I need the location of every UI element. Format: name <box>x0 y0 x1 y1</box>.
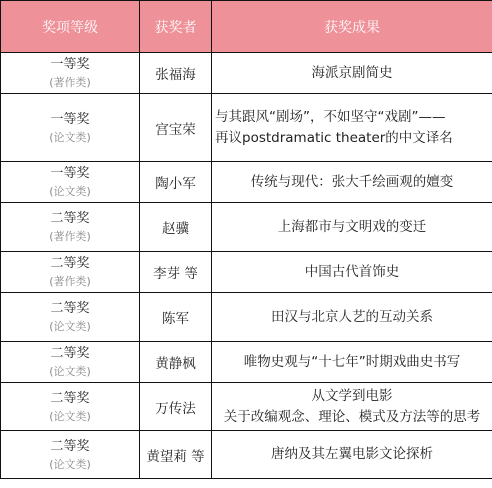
header-row: 奖项等级 获奖者 获奖成果 <box>1 1 492 53</box>
work-cell: 中国古代首饰史 <box>212 252 492 293</box>
winner-cell: 宫宝荣 <box>140 94 212 162</box>
award-level-cell: 一等奖 (著作类) <box>1 53 140 94</box>
winner-cell: 黄望莉 等 <box>140 431 212 479</box>
award-category: (论文类) <box>1 456 139 473</box>
winner-cell: 赵骥 <box>140 203 212 252</box>
award-level: 一等奖 <box>1 55 139 74</box>
award-level-cell: 二等奖 (著作类) <box>1 252 140 293</box>
awards-table: 奖项等级 获奖者 获奖成果 一等奖 (著作类) 张福海 海派京剧简史 一等奖 (… <box>0 0 492 479</box>
work-cell: 田汉与北京人艺的互动关系 <box>212 293 492 342</box>
work-cell: 海派京剧简史 <box>212 53 492 94</box>
column-header-winner: 获奖者 <box>140 1 212 53</box>
column-header-level: 奖项等级 <box>1 1 140 53</box>
table-row: 二等奖 (论文类) 万传法 从文学到电影关于改编观念、理论、模式及方法等的思考 <box>1 383 492 431</box>
winner-cell: 张福海 <box>140 53 212 94</box>
work-cell: 唐纳及其左翼电影文论探析 <box>212 431 492 479</box>
work-line: 与其跟风“剧场”，不如坚守“戏剧”—— <box>215 107 492 128</box>
work-line: 唯物史观与“十七年”时期戏曲史书写 <box>212 352 492 373</box>
award-level: 二等奖 <box>1 209 139 228</box>
award-category: (著作类) <box>1 74 139 91</box>
work-line: 上海都市与文明戏的变迁 <box>212 217 492 238</box>
table-row: 一等奖 (论文类) 宫宝荣 与其跟风“剧场”，不如坚守“戏剧”——再议postd… <box>1 94 492 162</box>
table-row: 一等奖 (著作类) 张福海 海派京剧简史 <box>1 53 492 94</box>
table-row: 二等奖 (著作类) 李芽 等 中国古代首饰史 <box>1 252 492 293</box>
award-category: (论文类) <box>1 318 139 335</box>
winner-cell: 黄静枫 <box>140 342 212 383</box>
award-category: (著作类) <box>1 228 139 245</box>
award-category: (论文类) <box>1 129 139 146</box>
work-cell: 传统与现代：张大千绘画观的嬗变 <box>212 162 492 203</box>
table-row: 二等奖 (论文类) 黄静枫 唯物史观与“十七年”时期戏曲史书写 <box>1 342 492 383</box>
work-line: 再议postdramatic theater的中文译名 <box>215 128 492 149</box>
award-level: 二等奖 <box>1 344 139 363</box>
work-cell: 唯物史观与“十七年”时期戏曲史书写 <box>212 342 492 383</box>
winner-cell: 陈军 <box>140 293 212 342</box>
award-level-cell: 二等奖 (论文类) <box>1 342 140 383</box>
work-line: 唐纳及其左翼电影文论探析 <box>212 444 492 465</box>
table-row: 二等奖 (论文类) 陈军 田汉与北京人艺的互动关系 <box>1 293 492 342</box>
table-row: 一等奖 (论文类) 陶小军 传统与现代：张大千绘画观的嬗变 <box>1 162 492 203</box>
award-level: 二等奖 <box>1 299 139 318</box>
award-level-cell: 一等奖 (论文类) <box>1 162 140 203</box>
award-level-cell: 一等奖 (论文类) <box>1 94 140 162</box>
winner-cell: 李芽 等 <box>140 252 212 293</box>
work-cell: 与其跟风“剧场”，不如坚守“戏剧”——再议postdramatic theate… <box>212 94 492 162</box>
award-category: (论文类) <box>1 408 139 425</box>
table-row: 二等奖 (著作类) 赵骥 上海都市与文明戏的变迁 <box>1 203 492 252</box>
award-level: 一等奖 <box>1 110 139 129</box>
award-level: 一等奖 <box>1 164 139 183</box>
winner-cell: 万传法 <box>140 383 212 431</box>
award-level-cell: 二等奖 (著作类) <box>1 203 140 252</box>
award-level: 二等奖 <box>1 389 139 408</box>
table-row: 二等奖 (论文类) 黄望莉 等 唐纳及其左翼电影文论探析 <box>1 431 492 479</box>
work-cell: 上海都市与文明戏的变迁 <box>212 203 492 252</box>
work-line: 中国古代首饰史 <box>212 262 492 283</box>
award-level-cell: 二等奖 (论文类) <box>1 431 140 479</box>
work-cell: 从文学到电影关于改编观念、理论、模式及方法等的思考 <box>212 383 492 431</box>
work-line: 海派京剧简史 <box>212 63 492 84</box>
award-category: (论文类) <box>1 363 139 380</box>
work-line: 田汉与北京人艺的互动关系 <box>212 307 492 328</box>
award-category: (论文类) <box>1 183 139 200</box>
work-line: 关于改编观念、理论、模式及方法等的思考 <box>212 407 492 428</box>
award-level-cell: 二等奖 (论文类) <box>1 293 140 342</box>
column-header-work: 获奖成果 <box>212 1 492 53</box>
award-level: 二等奖 <box>1 254 139 273</box>
work-line: 从文学到电影 <box>212 386 492 407</box>
work-line: 传统与现代：张大千绘画观的嬗变 <box>212 172 492 193</box>
winner-cell: 陶小军 <box>140 162 212 203</box>
award-category: (著作类) <box>1 273 139 290</box>
award-level-cell: 二等奖 (论文类) <box>1 383 140 431</box>
award-level: 二等奖 <box>1 437 139 456</box>
